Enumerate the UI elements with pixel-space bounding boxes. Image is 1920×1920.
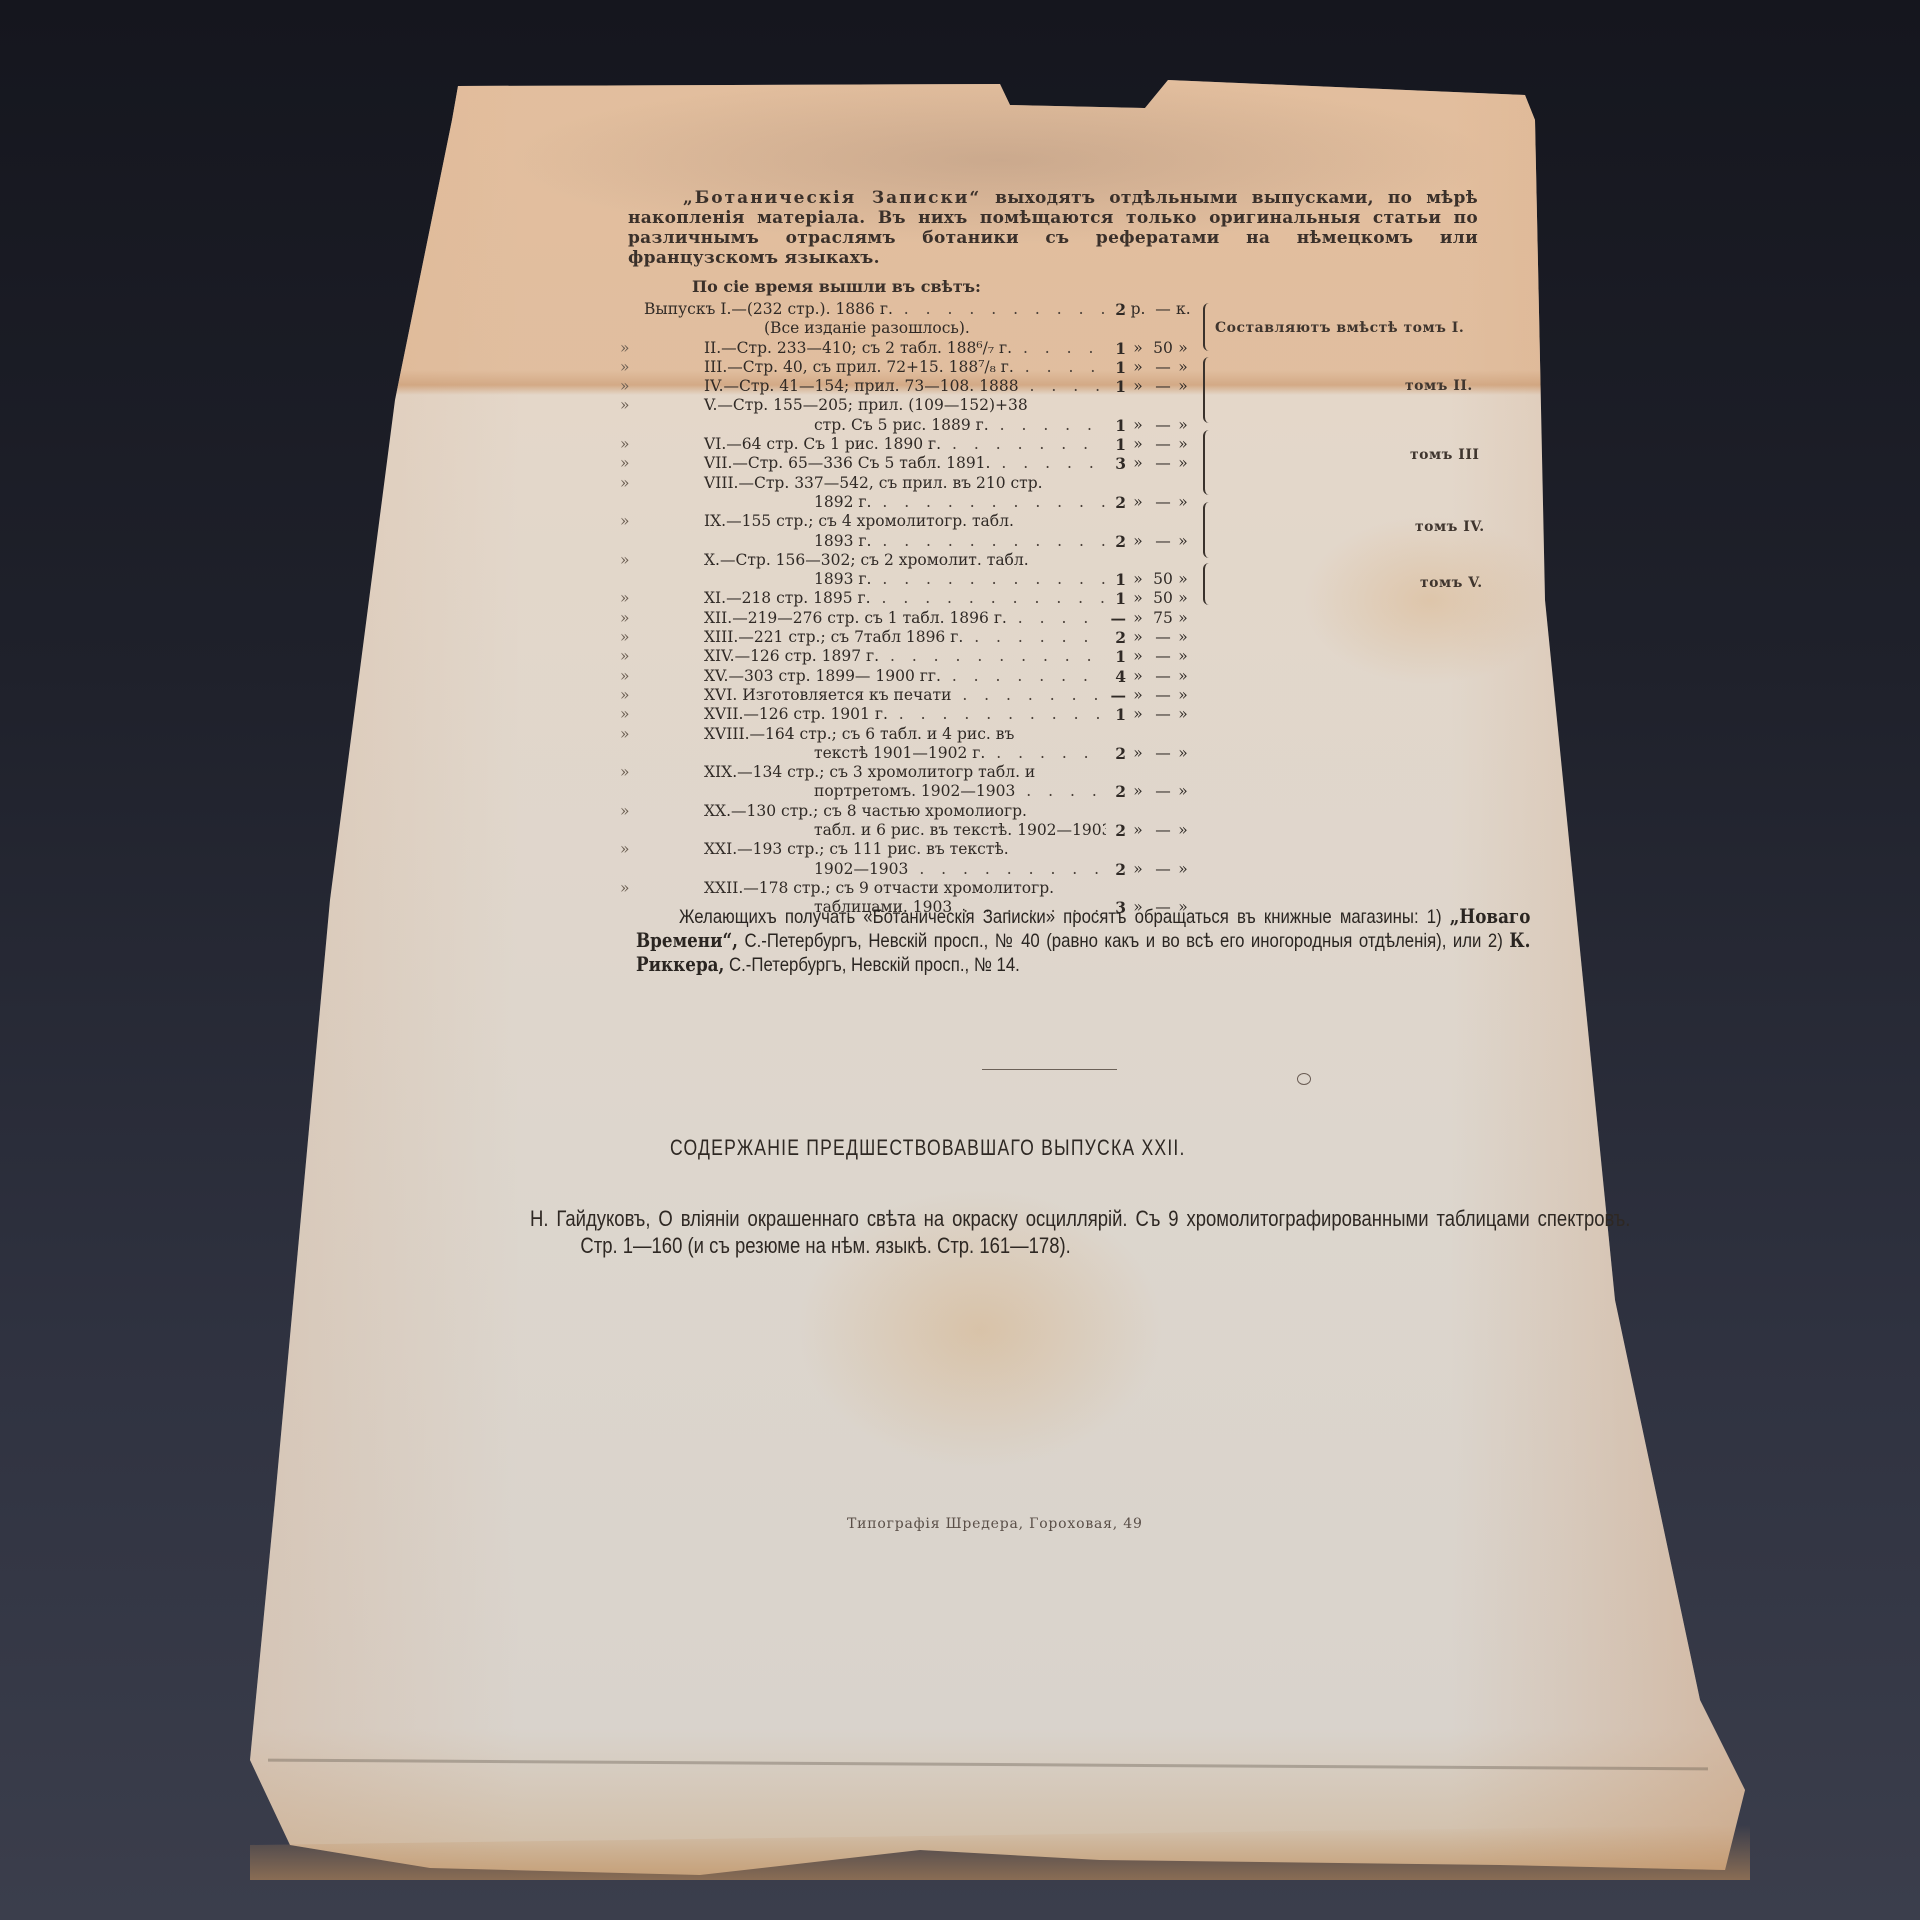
price-kopecks: —: [1150, 705, 1176, 724]
issue-description: IX.—155 стр.; съ 4 хромолитогр. табл.: [644, 512, 1106, 531]
issue-mark: [620, 782, 644, 801]
price-separator: »: [1126, 686, 1150, 705]
price-end: [1176, 396, 1190, 415]
price-rubles: [1106, 396, 1126, 415]
price-rubles: 1: [1106, 377, 1126, 396]
journal-title: „Ботаническія Записки“: [683, 188, 981, 208]
issue-text: IX.—155 стр.; съ 4 хромолитогр. табл.: [704, 512, 1014, 530]
price-rubles: [1106, 319, 1126, 338]
issue-text: III.—Стр. 40, съ прил. 72+15. 188⁷/₈ г.: [704, 358, 1014, 376]
issue-description: текстѣ 1901—1902 г. . . . . . . . . . . …: [644, 744, 1106, 763]
issue-text: портретомъ. 1902—1903: [814, 782, 1015, 800]
issue-text: 1902—1903: [814, 860, 908, 878]
price-end: »: [1176, 705, 1190, 724]
order-info-paragraph: Желающихъ получать «Ботаническія Записки…: [636, 905, 1530, 977]
issue-description: XXI.—193 стр.; съ 111 рис. въ текстѣ.: [644, 840, 1106, 859]
issue-description: XVI. Изготовляется къ печати . . . . . .…: [644, 686, 1106, 705]
issue-description: XIV.—126 стр. 1897 г. . . . . . . . . . …: [644, 647, 1106, 666]
price-end: »: [1176, 377, 1190, 396]
issue-text: XIV.—126 стр. 1897 г.: [704, 647, 879, 665]
issue-mark: [620, 821, 644, 840]
volume-label-3: томъ III: [1410, 447, 1479, 463]
price-end: »: [1176, 628, 1190, 647]
issue-text: XVIII.—164 стр.; съ 6 табл. и 4 рис. въ: [704, 725, 1014, 743]
price-separator: [1126, 319, 1150, 338]
price-kopecks: [1150, 474, 1176, 493]
price-end: [1176, 551, 1190, 570]
leader-dots: . . . . . . . . . . . . . . . . . . . .: [871, 532, 1106, 550]
price-rubles: 2: [1106, 532, 1126, 551]
issue-mark: »: [620, 763, 644, 782]
price-separator: »: [1126, 493, 1150, 512]
price-end: к.: [1176, 300, 1190, 319]
price-end: »: [1176, 860, 1190, 879]
issue-row: (Все изданіе разошлось).: [620, 319, 1190, 338]
issue-description: табл. и 6 рис. въ текстѣ. 1902—1903. . .…: [644, 821, 1106, 840]
price-kopecks: —: [1150, 435, 1176, 454]
issue-row: »XVII.—126 стр. 1901 г. . . . . . . . . …: [620, 705, 1190, 724]
contents-heading: СОДЕРЖАНІЕ ПРЕДШЕСТВОВАВШАГО ВЫПУСКА XXI…: [670, 1135, 1186, 1161]
issue-description: IV.—Стр. 41—154; прил. 73—108. 1888 . . …: [644, 377, 1106, 396]
price-kopecks: —: [1150, 860, 1176, 879]
price-separator: »: [1126, 705, 1150, 724]
price-rubles: 1: [1106, 589, 1126, 608]
price-kopecks: [1150, 396, 1176, 415]
price-end: »: [1176, 493, 1190, 512]
issue-mark: »: [620, 686, 644, 705]
issue-mark: »: [620, 512, 644, 531]
price-separator: »: [1126, 358, 1150, 377]
issue-text: VIII.—Стр. 337—542, съ прил. въ 210 стр.: [704, 474, 1043, 492]
brace-vol-2: [1203, 357, 1217, 423]
brace-vol-4: [1203, 502, 1217, 558]
price-rubles: [1106, 802, 1126, 821]
price-rubles: 1: [1106, 570, 1126, 589]
price-separator: »: [1126, 744, 1150, 763]
issue-text: XV.—303 стр. 1899— 1900 гг.: [704, 667, 941, 685]
issue-description: XXII.—178 стр.; съ 9 отчасти хромолитогр…: [644, 879, 1106, 898]
price-kopecks: [1150, 512, 1176, 531]
issue-mark: »: [620, 802, 644, 821]
price-rubles: 1: [1106, 647, 1126, 666]
price-separator: »: [1126, 628, 1150, 647]
price-end: »: [1176, 532, 1190, 551]
price-end: [1176, 319, 1190, 338]
price-kopecks: —: [1150, 744, 1176, 763]
issue-row: 1902—1903 . . . . . . . . . . . . . . . …: [620, 860, 1190, 879]
price-separator: [1126, 840, 1150, 859]
issue-description: (Все изданіе разошлось).: [644, 319, 1106, 338]
leader-dots: . . . . . . . . . . . . . . . . . . . .: [941, 667, 1106, 685]
issue-row: »IV.—Стр. 41—154; прил. 73—108. 1888 . .…: [620, 377, 1190, 396]
price-rubles: [1106, 551, 1126, 570]
issue-text: XXII.—178 стр.; съ 9 отчасти хромолитогр…: [704, 879, 1054, 897]
issue-mark: »: [620, 628, 644, 647]
issue-description: 1902—1903 . . . . . . . . . . . . . . . …: [644, 860, 1106, 879]
issue-row: »XI.—218 стр. 1895 г. . . . . . . . . . …: [620, 589, 1190, 608]
issue-row: 1893 г. . . . . . . . . . . . . . . . . …: [620, 532, 1190, 551]
issue-description: 1893 г. . . . . . . . . . . . . . . . . …: [644, 532, 1106, 551]
price-rubles: [1106, 725, 1126, 744]
leader-dots: . . . . . . . . . . . . . . . . . . . .: [941, 435, 1106, 453]
issue-mark: [620, 532, 644, 551]
issue-text: VI.—64 стр. Съ 1 рис. 1890 г.: [704, 435, 941, 453]
issue-mark: »: [620, 358, 644, 377]
issue-row: »X.—Стр. 156—302; съ 2 хромолит. табл.: [620, 551, 1190, 570]
issue-mark: »: [620, 667, 644, 686]
issue-description: VII.—Стр. 65—336 Съ 5 табл. 1891. . . . …: [644, 454, 1106, 473]
price-rubles: 2: [1106, 493, 1126, 512]
leader-dots: . . . . . . . . . . . . . . . . . . . .: [871, 589, 1106, 607]
price-separator: »: [1126, 416, 1150, 435]
leader-dots: . . . . . . . . . . . . . . . . . . . .: [990, 454, 1106, 472]
price-end: »: [1176, 686, 1190, 705]
volume-label-1: Составляютъ вмѣстѣ томъ I.: [1215, 320, 1464, 336]
price-rubles: 2: [1106, 860, 1126, 879]
price-rubles: 2: [1106, 628, 1126, 647]
issue-mark: [620, 300, 644, 319]
price-separator: »: [1126, 667, 1150, 686]
price-rubles: 1: [1106, 358, 1126, 377]
leader-dots: . . . . . . . . . . . . . . . . . . . .: [951, 686, 1106, 704]
issue-description: стр. Съ 5 рис. 1889 г. . . . . . . . . .…: [644, 416, 1106, 435]
issue-row: »XVI. Изготовляется къ печати . . . . . …: [620, 686, 1190, 705]
price-separator: [1126, 879, 1150, 898]
issue-row: »XIV.—126 стр. 1897 г. . . . . . . . . .…: [620, 647, 1190, 666]
issue-text: XIX.—134 стр.; съ 3 хромолитогр табл. и: [704, 763, 1035, 781]
price-rubles: 2: [1106, 821, 1126, 840]
price-separator: [1126, 763, 1150, 782]
price-separator: [1126, 802, 1150, 821]
issue-description: XIX.—134 стр.; съ 3 хромолитогр табл. и: [644, 763, 1106, 782]
leader-dots: . . . . . . . . . . . . . . . . . . . .: [871, 570, 1106, 588]
price-end: »: [1176, 647, 1190, 666]
price-kopecks: —: [1150, 300, 1176, 319]
issue-mark: »: [620, 396, 644, 415]
issue-row: стр. Съ 5 рис. 1889 г. . . . . . . . . .…: [620, 416, 1190, 435]
issue-description: VI.—64 стр. Съ 1 рис. 1890 г. . . . . . …: [644, 435, 1106, 454]
price-kopecks: —: [1150, 377, 1176, 396]
price-separator: »: [1126, 821, 1150, 840]
intro-paragraph: „Ботаническія Записки“ выходятъ отдѣльны…: [628, 188, 1478, 268]
issue-description: X.—Стр. 156—302; съ 2 хромолит. табл.: [644, 551, 1106, 570]
issue-mark: »: [620, 609, 644, 628]
price-end: »: [1176, 416, 1190, 435]
leader-dots: . . . . . . . . . . . . . . . . . . . .: [985, 744, 1106, 762]
issue-row: »XX.—130 стр.; съ 8 частью хромолиогр.: [620, 802, 1190, 821]
issue-description: XI.—218 стр. 1895 г. . . . . . . . . . .…: [644, 589, 1106, 608]
issue-mark: [620, 570, 644, 589]
printer-imprint: Типографія Шредера, Гороховая, 49: [847, 1516, 1143, 1532]
issue-description: III.—Стр. 40, съ прил. 72+15. 188⁷/₈ г. …: [644, 358, 1106, 377]
price-kopecks: [1150, 879, 1176, 898]
issue-text: XXI.—193 стр.; съ 111 рис. въ текстѣ.: [704, 840, 1009, 858]
price-separator: [1126, 474, 1150, 493]
leader-dots: . . . . . . . . . . . . . . . . . . . .: [1007, 609, 1106, 627]
price-rubles: [1106, 474, 1126, 493]
issue-text: XX.—130 стр.; съ 8 частью хромолиогр.: [704, 802, 1027, 820]
price-kopecks: —: [1150, 416, 1176, 435]
issue-mark: »: [620, 377, 644, 396]
brace-vol-3: [1203, 430, 1217, 495]
issue-text: XVI. Изготовляется къ печати: [704, 686, 951, 704]
issue-row: 1892 г. . . . . . . . . . . . . . . . . …: [620, 493, 1190, 512]
price-kopecks: 50: [1150, 570, 1176, 589]
price-separator: »: [1126, 647, 1150, 666]
issue-row: »V.—Стр. 155—205; прил. (109—152)+38: [620, 396, 1190, 415]
price-separator: »: [1126, 570, 1150, 589]
volume-label-4: томъ IV.: [1415, 519, 1485, 535]
leader-dots: . . . . . . . . . . . . . . . . . . . .: [871, 493, 1106, 511]
issue-row: »XII.—219—276 стр. съ 1 табл. 1896 г. . …: [620, 609, 1190, 628]
price-end: [1176, 474, 1190, 493]
issues-table: Выпускъ I.—(232 стр.). 1886 г. . . . . .…: [620, 300, 1190, 918]
issue-text: VII.—Стр. 65—336 Съ 5 табл. 1891.: [704, 454, 990, 472]
issue-mark: [620, 416, 644, 435]
issue-description: XV.—303 стр. 1899— 1900 гг. . . . . . . …: [644, 667, 1106, 686]
price-separator: р.: [1126, 300, 1150, 319]
issue-text: 1893 г.: [814, 570, 871, 588]
brace-vol-5: [1203, 563, 1217, 605]
price-end: [1176, 879, 1190, 898]
issue-text: Выпускъ I.—(232 стр.). 1886 г.: [644, 300, 893, 318]
price-kopecks: 50: [1150, 589, 1176, 608]
price-separator: [1126, 551, 1150, 570]
price-rubles: 2: [1106, 744, 1126, 763]
leader-dots: . . . . . . . . . . . . . . . . . . . .: [879, 647, 1106, 665]
issue-mark: [620, 493, 644, 512]
issue-description: 1892 г. . . . . . . . . . . . . . . . . …: [644, 493, 1106, 512]
price-rubles: 1: [1106, 339, 1126, 358]
issue-text: табл. и 6 рис. въ текстѣ. 1902—1903.: [814, 821, 1106, 839]
issue-description: XVII.—126 стр. 1901 г. . . . . . . . . .…: [644, 705, 1106, 724]
issue-row: »II.—Стр. 233—410; съ 2 табл. 188⁶/₇ г. …: [620, 339, 1190, 358]
issue-description: портретомъ. 1902—1903 . . . . . . . . . …: [644, 782, 1106, 801]
price-kopecks: —: [1150, 493, 1176, 512]
issue-description: XII.—219—276 стр. съ 1 табл. 1896 г. . .…: [644, 609, 1106, 628]
issue-mark: »: [620, 647, 644, 666]
price-end: »: [1176, 744, 1190, 763]
price-separator: »: [1126, 339, 1150, 358]
price-kopecks: 50: [1150, 339, 1176, 358]
price-separator: [1126, 512, 1150, 531]
price-kopecks: [1150, 840, 1176, 859]
price-rubles: 2: [1106, 782, 1126, 801]
issue-description: V.—Стр. 155—205; прил. (109—152)+38: [644, 396, 1106, 415]
issue-text: XI.—218 стр. 1895 г.: [704, 589, 871, 607]
contents-entry: Н. Гайдуковъ, О вліяніи окрашеннаго свѣт…: [530, 1205, 1630, 1259]
issue-row: »IX.—155 стр.; съ 4 хромолитогр. табл.: [620, 512, 1190, 531]
issue-mark: [620, 319, 644, 338]
leader-dots: . . . . . . . . . . . . . . . . . . . .: [1015, 782, 1106, 800]
price-kopecks: —: [1150, 358, 1176, 377]
issue-text: 1893 г.: [814, 532, 871, 550]
issue-row: текстѣ 1901—1902 г. . . . . . . . . . . …: [620, 744, 1190, 763]
price-separator: »: [1126, 454, 1150, 473]
price-rubles: 4: [1106, 667, 1126, 686]
price-separator: »: [1126, 860, 1150, 879]
price-end: »: [1176, 821, 1190, 840]
leader-dots: . . . . . . . . . . . . . . . . . . . .: [1014, 358, 1106, 376]
issue-row: »XV.—303 стр. 1899— 1900 гг. . . . . . .…: [620, 667, 1190, 686]
price-end: »: [1176, 782, 1190, 801]
price-separator: [1126, 725, 1150, 744]
price-kopecks: —: [1150, 686, 1176, 705]
separator-rule: [982, 1069, 1117, 1070]
issue-text: X.—Стр. 156—302; съ 2 хромолит. табл.: [704, 551, 1029, 569]
price-rubles: [1106, 840, 1126, 859]
leader-dots: . . . . . . . . . . . . . . . . . . . .: [888, 705, 1106, 723]
leader-dots: . . . . . . . . . . . . . . . . . . . .: [963, 628, 1106, 646]
issue-mark: »: [620, 840, 644, 859]
price-rubles: 2: [1106, 300, 1126, 319]
price-end: »: [1176, 667, 1190, 686]
price-kopecks: 75: [1150, 609, 1176, 628]
issue-text: IV.—Стр. 41—154; прил. 73—108. 1888: [704, 377, 1019, 395]
leader-dots: . . . . . . . . . . . . . . . . . . . .: [893, 300, 1106, 318]
price-end: »: [1176, 609, 1190, 628]
issue-text: II.—Стр. 233—410; съ 2 табл. 188⁶/₇ г.: [704, 339, 1012, 357]
price-rubles: [1106, 763, 1126, 782]
price-kopecks: —: [1150, 454, 1176, 473]
issue-mark: »: [620, 705, 644, 724]
issue-row: »VI.—64 стр. Съ 1 рис. 1890 г. . . . . .…: [620, 435, 1190, 454]
price-separator: [1126, 396, 1150, 415]
price-separator: »: [1126, 435, 1150, 454]
price-separator: »: [1126, 782, 1150, 801]
issue-text: текстѣ 1901—1902 г.: [814, 744, 985, 762]
issue-mark: »: [620, 474, 644, 493]
issue-mark: »: [620, 589, 644, 608]
price-rubles: —: [1106, 686, 1126, 705]
issue-mark: »: [620, 435, 644, 454]
price-end: »: [1176, 589, 1190, 608]
price-separator: »: [1126, 609, 1150, 628]
issue-row: портретомъ. 1902—1903 . . . . . . . . . …: [620, 782, 1190, 801]
leader-dots: . . . . . . . . . . . . . . . . . . . .: [1019, 377, 1106, 395]
stamp-mark: [1297, 1073, 1311, 1085]
price-separator: »: [1126, 589, 1150, 608]
issue-description: XVIII.—164 стр.; съ 6 табл. и 4 рис. въ: [644, 725, 1106, 744]
issue-row: »III.—Стр. 40, съ прил. 72+15. 188⁷/₈ г.…: [620, 358, 1190, 377]
issue-description: VIII.—Стр. 337—542, съ прил. въ 210 стр.: [644, 474, 1106, 493]
price-rubles: [1106, 512, 1126, 531]
price-rubles: 1: [1106, 435, 1126, 454]
price-end: »: [1176, 570, 1190, 589]
price-kopecks: [1150, 319, 1176, 338]
issue-row: »XIX.—134 стр.; съ 3 хромолитогр табл. и: [620, 763, 1190, 782]
price-separator: »: [1126, 532, 1150, 551]
price-kopecks: [1150, 725, 1176, 744]
price-rubles: 1: [1106, 705, 1126, 724]
price-kopecks: —: [1150, 667, 1176, 686]
issue-row: »VII.—Стр. 65—336 Съ 5 табл. 1891. . . .…: [620, 454, 1190, 473]
issue-row: Выпускъ I.—(232 стр.). 1886 г. . . . . .…: [620, 300, 1190, 319]
issue-row: »XIII.—221 стр.; съ 7табл 1896 г. . . . …: [620, 628, 1190, 647]
price-end: »: [1176, 454, 1190, 473]
issue-mark: »: [620, 725, 644, 744]
issue-text: стр. Съ 5 рис. 1889 г.: [814, 416, 989, 434]
price-kopecks: —: [1150, 647, 1176, 666]
price-kopecks: —: [1150, 821, 1176, 840]
volume-label-5: томъ V.: [1420, 575, 1483, 591]
price-separator: »: [1126, 377, 1150, 396]
price-kopecks: —: [1150, 628, 1176, 647]
published-heading: По сіе время вышли въ свѣтъ:: [692, 277, 981, 296]
issue-text: XIII.—221 стр.; съ 7табл 1896 г.: [704, 628, 963, 646]
leader-dots: . . . . . . . . . . . . . . . . . . . .: [908, 860, 1106, 878]
price-rubles: 1: [1106, 416, 1126, 435]
price-end: [1176, 840, 1190, 859]
price-end: »: [1176, 435, 1190, 454]
issue-text: XII.—219—276 стр. съ 1 табл. 1896 г.: [704, 609, 1007, 627]
issue-mark: »: [620, 339, 644, 358]
price-kopecks: [1150, 763, 1176, 782]
issue-description: II.—Стр. 233—410; съ 2 табл. 188⁶/₇ г. .…: [644, 339, 1106, 358]
price-kopecks: [1150, 551, 1176, 570]
issue-row: »XVIII.—164 стр.; съ 6 табл. и 4 рис. въ: [620, 725, 1190, 744]
issue-row: »XXII.—178 стр.; съ 9 отчасти хромолитог…: [620, 879, 1190, 898]
issue-description: Выпускъ I.—(232 стр.). 1886 г. . . . . .…: [644, 300, 1106, 319]
issue-row: »VIII.—Стр. 337—542, съ прил. въ 210 стр…: [620, 474, 1190, 493]
price-kopecks: —: [1150, 782, 1176, 801]
issue-text: V.—Стр. 155—205; прил. (109—152)+38: [704, 396, 1028, 414]
issue-text: (Все изданіе разошлось).: [764, 319, 970, 337]
leader-dots: . . . . . . . . . . . . . . . . . . . .: [1012, 339, 1106, 357]
issue-mark: »: [620, 879, 644, 898]
issue-text: 1892 г.: [814, 493, 871, 511]
leader-dots: . . . . . . . . . . . . . . . . . . . .: [989, 416, 1106, 434]
issue-description: 1893 г. . . . . . . . . . . . . . . . . …: [644, 570, 1106, 589]
issue-row: »XXI.—193 стр.; съ 111 рис. въ текстѣ.: [620, 840, 1190, 859]
price-end: »: [1176, 358, 1190, 377]
issue-mark: [620, 860, 644, 879]
issue-mark: [620, 744, 644, 763]
issue-row: табл. и 6 рис. въ текстѣ. 1902—1903. . .…: [620, 821, 1190, 840]
issue-description: XX.—130 стр.; съ 8 частью хромолиогр.: [644, 802, 1106, 821]
price-end: [1176, 512, 1190, 531]
issue-mark: »: [620, 551, 644, 570]
issue-text: XVII.—126 стр. 1901 г.: [704, 705, 888, 723]
price-end: [1176, 763, 1190, 782]
price-rubles: 3: [1106, 454, 1126, 473]
price-end: »: [1176, 339, 1190, 358]
volume-label-2: томъ II.: [1405, 378, 1473, 394]
issue-mark: »: [620, 454, 644, 473]
issue-row: 1893 г. . . . . . . . . . . . . . . . . …: [620, 570, 1190, 589]
price-kopecks: [1150, 802, 1176, 821]
issue-description: XIII.—221 стр.; съ 7табл 1896 г. . . . .…: [644, 628, 1106, 647]
price-kopecks: —: [1150, 532, 1176, 551]
price-rubles: —: [1106, 609, 1126, 628]
price-end: [1176, 725, 1190, 744]
price-end: [1176, 802, 1190, 821]
price-rubles: [1106, 879, 1126, 898]
